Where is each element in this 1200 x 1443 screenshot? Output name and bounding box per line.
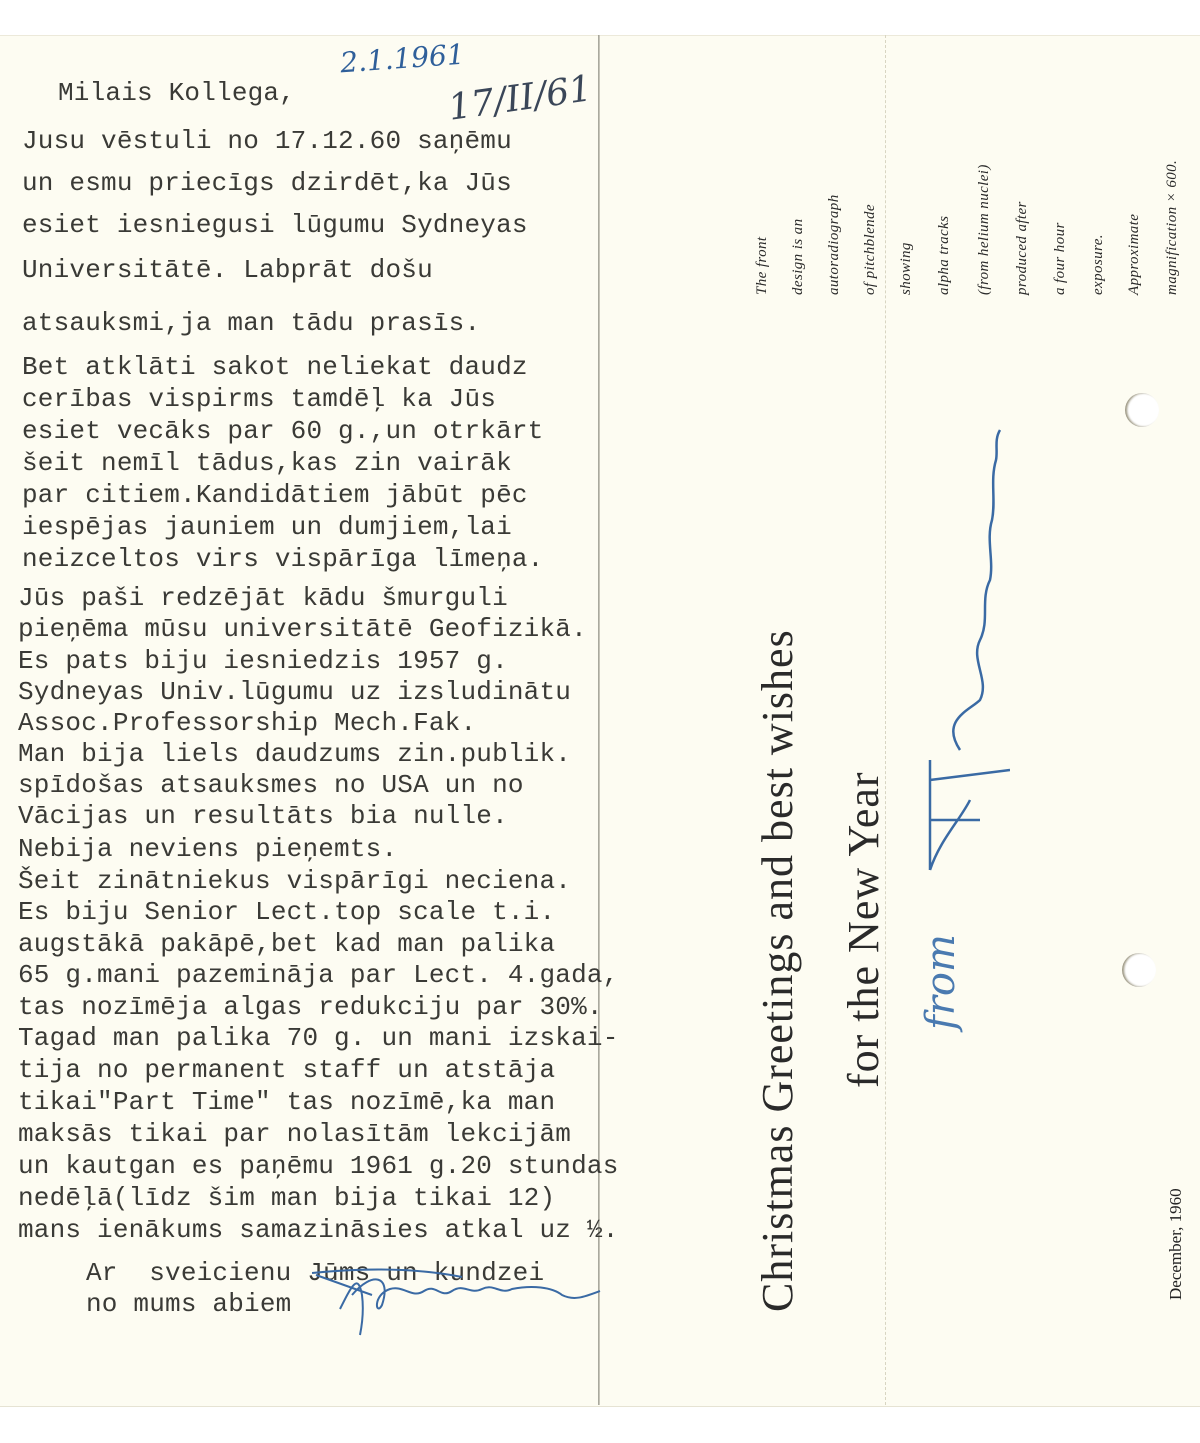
- typed-letter: 2.1.1961 17/II/61 Milais Kollega, Jusu v…: [0, 0, 720, 1443]
- caption-line: a four hour: [1052, 222, 1069, 295]
- caption-line: magnification × 600.: [1164, 160, 1181, 295]
- letter-line: atsauksmi,ja man tādu prasīs.: [22, 308, 480, 338]
- letter-line: šeit nemīl tādus,kas zin vairāk: [22, 448, 512, 478]
- handwritten-reference: 17/II/61: [446, 68, 595, 129]
- letter-line: esiet vecāks par 60 g.,un otrkārt: [22, 416, 543, 446]
- letter-line: Assoc.Professorship Mech.Fak.: [18, 708, 476, 738]
- letter-line: augstākā pakāpē,bet kad man palika: [18, 929, 555, 959]
- letter-line: mans ienākums samazināsies atkal uz ½.: [18, 1215, 619, 1245]
- letter-line: Nebija neviens pieņemts.: [18, 834, 397, 864]
- punch-hole-bottom: [1122, 953, 1156, 987]
- letter-line: un esmu priecīgs dzirdēt,ka Jūs: [22, 168, 512, 198]
- letter-line: par citiem.Kandidātiem jābūt pēc: [22, 480, 528, 510]
- signature-icon: [312, 1265, 602, 1345]
- punch-hole-top: [1125, 393, 1159, 427]
- letter-line: tas nozīmēja algas redukciju par 30%.: [18, 992, 603, 1022]
- salutation: Milais Kollega,: [58, 78, 295, 108]
- letter-line: nedēļā(līdz šim man bija tikai 12): [18, 1183, 555, 1213]
- caption-line: alpha tracks: [936, 216, 953, 295]
- card-date: December, 1960: [1166, 1188, 1186, 1300]
- card-title-line2: for the New Year: [838, 771, 889, 1088]
- letter-line: Sydneyas Univ.lūgumu uz izsludinātu: [18, 677, 571, 707]
- card-signature-icon: [900, 420, 1010, 1040]
- letter-line: Jusu vēstuli no 17.12.60 saņēmu: [22, 126, 512, 156]
- letter-line: Jūs paši redzējāt kādu šmurguli: [18, 583, 508, 613]
- letter-line: pieņēma mūsu universitātē Geofizikā.: [18, 614, 587, 644]
- caption-line: produced after: [1014, 201, 1031, 295]
- handwritten-date: 2.1.1961: [339, 38, 466, 80]
- letter-line: Vācijas un resultāts bia nulle.: [18, 801, 508, 831]
- card-fold-crease: [885, 35, 887, 1405]
- letter-line: Šeit zinātniekus vispārīgi neciena.: [18, 866, 571, 896]
- caption-line: Approximate: [1126, 214, 1143, 295]
- caption-line: exposure.: [1090, 234, 1107, 295]
- caption-line: showing: [898, 242, 915, 295]
- caption-line: The front: [754, 237, 771, 295]
- letter-line: cerības vispirms tamdēļ ka Jūs: [22, 384, 496, 414]
- letter-line: neizceltos virs vispārīga līmeņa.: [22, 544, 543, 574]
- letter-line: Es pats biju iesniedzis 1957 g.: [18, 646, 508, 676]
- letter-line: Es biju Senior Lect.top scale t.i.: [18, 897, 555, 927]
- caption-line: of pitchblende: [862, 204, 879, 295]
- letter-line: 65 g.mani pazemināja par Lect. 4.gada,: [18, 960, 619, 990]
- card-title-line1: Christmas Greetings and best wishes: [752, 629, 803, 1312]
- caption-line: design is an: [790, 219, 807, 295]
- letter-line: Man bija liels daudzums zin.publik.: [18, 739, 571, 769]
- letter-line: Tagad man palika 70 g. un mani izskai-: [18, 1023, 619, 1053]
- letter-line: tija no permanent staff un atstāja: [18, 1055, 555, 1085]
- caption-line: autoradiograph: [826, 194, 843, 295]
- letter-line: iespējas jauniem un dumjiem,lai: [22, 512, 512, 542]
- letter-line: Universitātē. Labprāt došu: [22, 255, 433, 285]
- letter-line: spīdošas atsauksmes no USA un no: [18, 770, 524, 800]
- letter-line: tikai"Part Time" tas nozīmē,ka man: [18, 1087, 555, 1117]
- letter-line: maksās tikai par nolasītām lekcijām: [18, 1119, 571, 1149]
- letter-line: esiet iesniegusi lūgumu Sydneyas: [22, 210, 528, 240]
- closing-line: no mums abiem: [86, 1289, 291, 1319]
- letter-line: Bet atklāti sakot neliekat daudz: [22, 352, 528, 382]
- letter-line: un kautgan es paņēmu 1961 g.20 stundas: [18, 1151, 619, 1181]
- caption-line: (from helium nuclei): [976, 164, 993, 295]
